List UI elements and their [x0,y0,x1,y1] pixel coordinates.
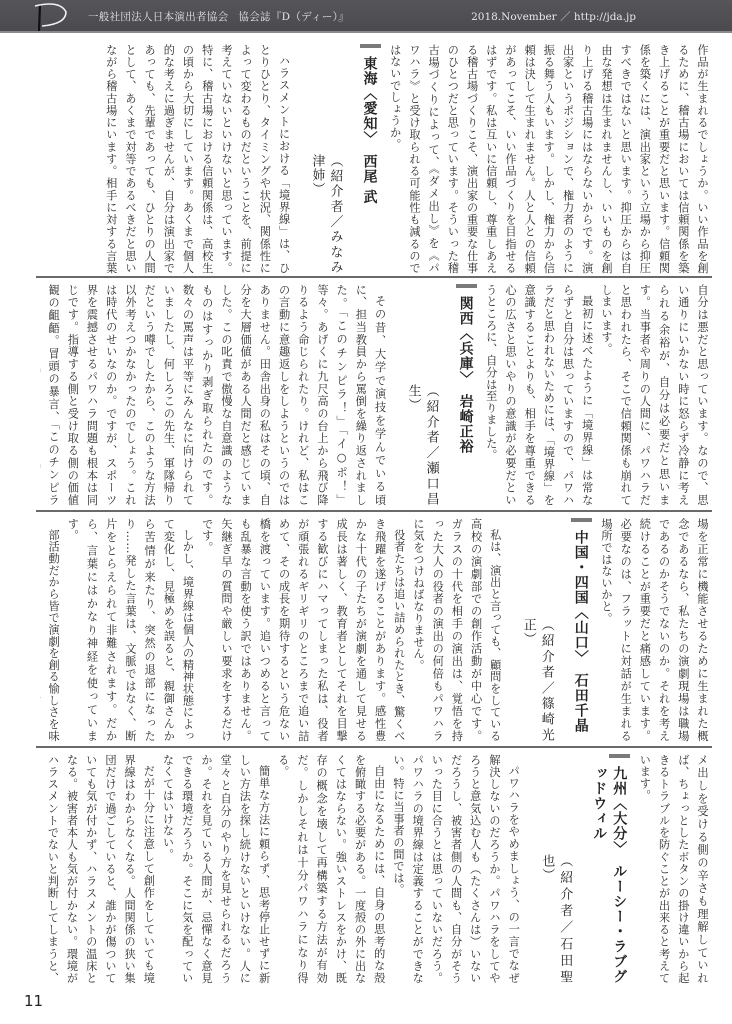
region-author: 関西〈兵庫〉 岩崎正裕 [456,284,476,454]
region-author: 中国・四国〈山口〉 石田千晶 [571,518,591,733]
paragraph: 部活動だから皆で演劇を創る愉しさを味わわせることが一番だとおっしゃる方もいますが… [40,518,63,742]
paragraph: メ出しを受ける側の辛さも理解していれば、ちょっとしたボタンの掛け違いから起きるト… [635,754,712,984]
paragraph: 私は、演出と言っても、顧問をしている高校の演劇部での創作活動が中心です。ガラスの… [409,518,505,742]
paragraph: 場を正常に機能させるために生まれた概念であるなら、私たちの演劇現場は職場であるの… [597,518,712,742]
introducer: （紹介者／みなみ津姉） [308,44,344,274]
paragraph: 最初に述べたように「境界線」は常ならずと自分は思っていますので、パワハラだと思わ… [482,284,597,506]
paragraph: パワハラをやめましょう、の一言でなぜ解決しないのだろうか。パワハラをしてやろうと… [389,754,523,984]
paragraph: しかし、境界線は個人の精神状態によって変化し、見極めを誤ると、親御さんから苦情が… [63,518,197,742]
article-tier-3: 場を正常に機能させるために生まれた概念であるなら、私たちの演劇現場は職場であるの… [40,518,712,742]
section-introducer-kyushu: （紹介者／石田聖也） [537,754,573,984]
heading-bar [571,518,592,522]
header-issue: 2018.November ／ http://jda.jp [471,9,636,24]
article-tier-1: 作品が生まれるでしょうか。いい作品を創るために、稽古場においては信頼関係を築き上… [104,44,712,274]
section-heading-tokai: 東海〈愛知〉 西尾 武 [360,44,380,205]
organization-name: 一般社団法人日本演出者協会 [88,11,228,23]
section-heading-chugoku-shikoku: 中国・四国〈山口〉 石田千晶 [571,518,591,733]
paragraph: だが十分に注意して創作をしていても境界線はわからなくなる。人間関係の狭い集団だけ… [40,754,158,984]
paragraph: 作品が生まれるでしょうか。いい作品を創るために、稽古場においては信頼関係を築き上… [386,44,712,274]
section-introducer-kansai: （紹介者／瀬口昌生） [404,284,440,506]
paragraph: 役者たちは追い詰められたとき、驚くべき飛躍を遂げることがあります。感性豊かな十代… [198,518,409,742]
article-tier-2: 自分は悪だと思っています。なので、思い通りにいかない時に怒らず冷静に考えられる余… [40,284,712,506]
section-introducer-chugoku-shikoku: （紹介者／篠崎光正） [519,518,555,742]
page-header: 一般社団法人日本演出者協会協会誌『D（ディー）』 2018.November ／… [0,0,732,33]
heading-bar [456,284,477,288]
region-author: 東海〈愛知〉 西尾 武 [360,44,380,205]
separator: ／ [560,11,571,23]
issue-date: 2018.November [471,11,557,23]
paragraph: その昔、大学で演技を学んでいる頃に、担当教員から罵倒を繰り返されました。「このチ… [40,284,390,506]
article-tier-4: メ出しを受ける側の辛さも理解していれば、ちょっとしたボタンの掛け違いから起きるト… [40,754,712,984]
paragraph: 簡単な方法に頼らず、思考停止せずに新しい方法を探し続けないといけない。人に堂々と… [158,754,273,984]
section-heading-kyushu: 九州〈大分〉 ルーシー・ラブグッドウィル [589,754,629,984]
introducer: （紹介者／瀬口昌生） [404,284,440,506]
section-introducer-tokai: （紹介者／みなみ津姉） [308,44,344,274]
tier-divider [36,510,712,512]
tier-divider [36,276,712,278]
journal-name: 協会誌『D（ディー）』 [238,11,349,23]
introducer: （紹介者／石田聖也） [537,754,573,984]
paragraph: 自分は悪だと思っています。なので、思い通りにいかない時に怒らず冷静に考えられる余… [597,284,712,506]
region-author: 九州〈大分〉 ルーシー・ラブグッドウィル [589,754,629,984]
site-url[interactable]: http://jda.jp [574,11,636,23]
section-heading-kansai: 関西〈兵庫〉 岩崎正裕 [456,284,476,454]
heading-bar [609,754,630,758]
page-number: 11 [24,992,43,1010]
header-organization: 一般社団法人日本演出者協会協会誌『D（ディー）』 [88,9,359,24]
introducer: （紹介者／篠崎光正） [519,518,555,742]
paragraph: 自由になるためには、自身の思考的な殻を俯瞰する必要がある。一度殻の外に出なくては… [274,754,389,984]
d-logo-icon [30,2,70,32]
paragraph: ハラスメントにおける「境界線」は、ひとりひとり、タイミングや状況、関係性によって… [104,44,294,274]
heading-bar [360,44,381,48]
tier-divider [36,746,712,748]
